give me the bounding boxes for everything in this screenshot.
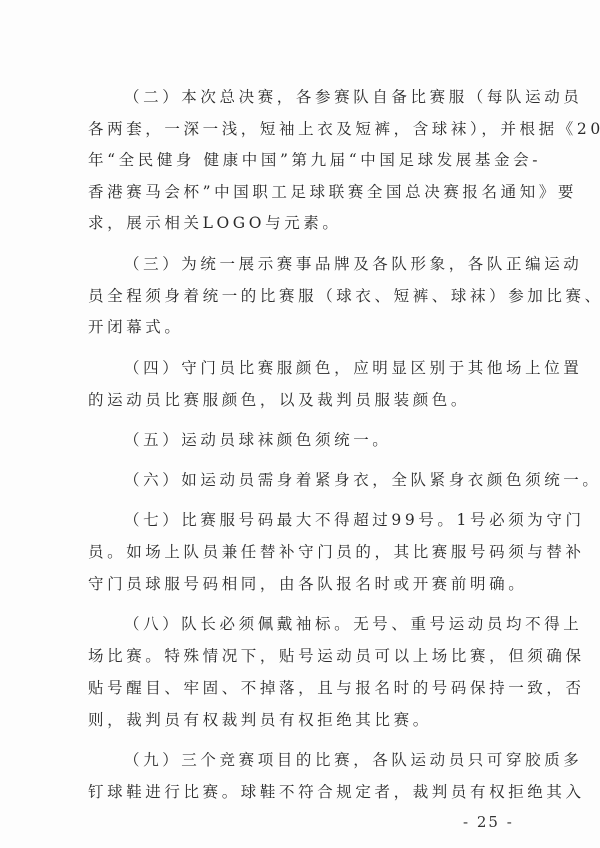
- paragraph-8-line-3: 贴号醒目、牢固、不掉落，且与报名时的号码保持一致，否: [88, 677, 513, 699]
- paragraph-3-line-3: 开闭幕式。: [88, 316, 513, 338]
- paragraph-9-line-2: 钉球鞋进行比赛。球鞋不符合规定者，裁判员有权拒绝其入: [88, 781, 513, 803]
- paragraph-3-line-2: 员全程须身着统一的比赛服（球衣、短裤、球袜）参加比赛、: [88, 285, 513, 307]
- paragraph-3-line-1: （三）为统一展示赛事品牌及各队形象，各队正编运动: [124, 253, 513, 275]
- paragraph-8-line-4: 则，裁判员有权裁判员有权拒绝其比赛。: [88, 709, 513, 731]
- paragraph-2-line-2: 各两套，一深一浅，短袖上衣及短裤，含球袜），并根据《2025: [88, 118, 513, 140]
- paragraph-2-line-3: 年“全民健身 健康中国”第九届“中国足球发展基金会-: [88, 149, 513, 171]
- paragraph-5-line-1: （五）运动员球袜颜色须统一。: [124, 429, 513, 451]
- page-number: - 25 -: [463, 812, 514, 832]
- paragraph-2-line-4: 香港赛马会杯”中国职工足球联赛全国总决赛报名通知》要: [88, 181, 513, 203]
- paragraph-8-line-2: 场比赛。特殊情况下，贴号运动员可以上场比赛，但须确保: [88, 645, 513, 667]
- paragraph-7-line-2: 员。如场上队员兼任替补守门员的，其比赛服号码须与替补: [88, 541, 513, 563]
- paragraph-2-line-1: （二）本次总决赛，各参赛队自备比赛服（每队运动员: [124, 86, 513, 108]
- paragraph-2-line-5: 求，展示相关LOGO与元素。: [88, 212, 513, 234]
- paragraph-9-line-1: （九）三个竞赛项目的比赛，各队运动员只可穿胶质多: [124, 749, 513, 771]
- paragraph-6-line-1: （六）如运动员需身着紧身衣，全队紧身衣颜色须统一。: [124, 469, 513, 491]
- paragraph-4-line-2: 的运动员比赛服颜色，以及裁判员服装颜色。: [88, 389, 513, 411]
- paragraph-4-line-1: （四）守门员比赛服颜色，应明显区别于其他场上位置: [124, 357, 513, 379]
- paragraph-7-line-1: （七）比赛服号码最大不得超过99号。1号必须为守门: [124, 509, 513, 531]
- document-page: （二）本次总决赛，各参赛队自备比赛服（每队运动员 各两套，一深一浅，短袖上衣及短…: [0, 0, 600, 848]
- paragraph-8-line-1: （八）队长必须佩戴袖标。无号、重号运动员均不得上: [124, 613, 513, 635]
- paragraph-7-line-3: 守门员球服号码相同，由各队报名时或开赛前明确。: [88, 573, 513, 595]
